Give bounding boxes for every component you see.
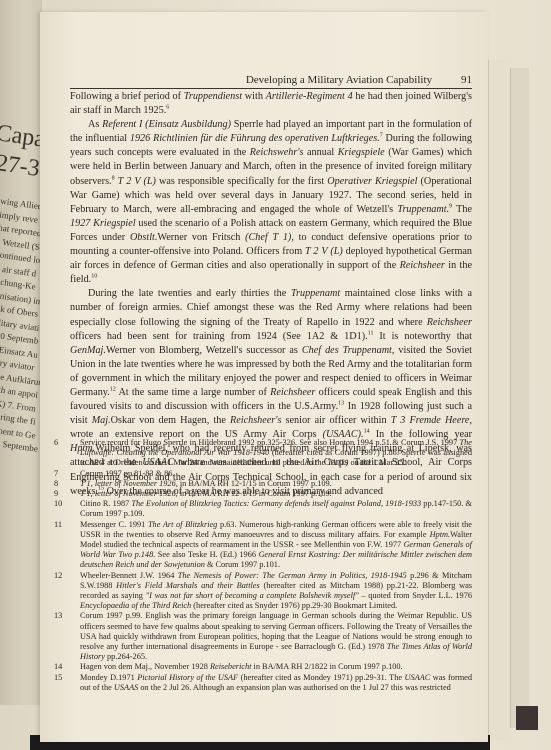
text-run: Reichsheer bbox=[270, 387, 315, 398]
text-run: Oskar von dem Hagen, the bbox=[111, 415, 230, 426]
running-header: Developing a Military Aviation Capabilit… bbox=[70, 74, 472, 88]
text-run: Hptm. bbox=[430, 530, 451, 539]
left-page-text-fragment: e air staff d bbox=[0, 263, 37, 279]
left-page-text-fragment: ilitary aviati bbox=[0, 317, 40, 333]
text-run: T 3 Fremde Heere bbox=[391, 415, 470, 426]
left-page-text-fragment: ith an appoi bbox=[0, 384, 39, 400]
text-run: During the late twenties and early thirt… bbox=[88, 288, 291, 299]
text-run: Truppendienst bbox=[184, 91, 242, 102]
footnote: 14Hagen von dem Maj., November 1928 Reis… bbox=[52, 662, 472, 672]
text-run: T 1, letter of November 1926, bbox=[80, 489, 178, 498]
footnote-ref: 10 bbox=[91, 274, 97, 280]
text-run: T 1, letter of November 1926, bbox=[80, 479, 178, 488]
footnote: 8T 1, letter of November 1926, in BA/MA … bbox=[52, 479, 472, 489]
book-spine-shadow bbox=[516, 706, 538, 730]
footnote-text: T 1, letter of November 1926, in BA/MA R… bbox=[80, 479, 472, 489]
text-run: Maj. bbox=[92, 415, 111, 426]
footnote: 11Messenger C. 1991 The Art of Blitzkrie… bbox=[52, 520, 472, 571]
left-page-text-fragment: nk of Obers bbox=[0, 303, 39, 319]
footnote-number: 12 bbox=[52, 571, 80, 612]
chapter-years-fragment: 27-33 bbox=[0, 150, 42, 185]
footnote-number: 9 bbox=[52, 489, 80, 499]
footnote-text: Wheeler-Bennett J.W. 1964 The Nemesis of… bbox=[80, 571, 472, 612]
text-run: Referent I (Einsatz Ausbildung) bbox=[102, 119, 231, 130]
text-run: The Art of Blitzkrieg bbox=[148, 520, 217, 529]
page-stack-edge bbox=[488, 60, 511, 740]
left-page-text-fragment: anisation) in bbox=[0, 290, 41, 306]
footnote-text: Hagen von dem Maj., November 1928 Reiseb… bbox=[80, 662, 472, 672]
text-run: Pictorial History of the USAF bbox=[137, 673, 238, 682]
text-run: with bbox=[242, 91, 266, 102]
footnotes: 6Service record for Hugo Sperrle in Hild… bbox=[52, 438, 472, 693]
footnote-text: Corum 1997 p.99. English was the primary… bbox=[80, 611, 472, 662]
text-run: At the same time a large number of bbox=[116, 387, 270, 398]
text-run: Wheeler-Bennett J.W. 1964 bbox=[80, 571, 178, 580]
text-run: Service record for Hugo Sperrle in Hilde… bbox=[80, 438, 460, 447]
footnote-ref: 6 bbox=[166, 105, 169, 111]
text-run: – quoted from Snyder L.L. 1976 bbox=[359, 591, 472, 600]
text-run: T 2 V (L) bbox=[118, 176, 156, 187]
text-run: Messenger C. 1991 bbox=[80, 520, 148, 529]
footnote-text: Service record for Hugo Sperrle in Hilde… bbox=[80, 438, 472, 469]
text-run: Obstlt. bbox=[130, 232, 157, 243]
running-title: Developing a Military Aviation Capabilit… bbox=[246, 74, 432, 86]
text-run: GenMaj. bbox=[70, 345, 106, 356]
text-run: The Evolution of Blitzkrieg Tactics: Ger… bbox=[131, 499, 421, 508]
text-run: Operativer Kriegspiel bbox=[327, 176, 417, 187]
book-cover-edge bbox=[510, 68, 529, 728]
text-run: The Nemesis of Power: The German Army in… bbox=[178, 571, 407, 580]
text-run: AR 4 bbox=[89, 458, 105, 467]
page-number: 91 bbox=[461, 74, 472, 86]
text-run: in BA/MA RH 12-1/15 in Corum 1997 p.109. bbox=[178, 489, 332, 498]
text-run: was responsible specifically for the fir… bbox=[156, 176, 327, 187]
left-facing-page: Capabili27-33owing Alliedsimply revethat… bbox=[0, 0, 42, 705]
left-page-text-fragment: K) 7. From bbox=[0, 398, 37, 414]
text-run: Citino R. 1987 bbox=[80, 499, 131, 508]
left-page-text-fragment: (Einsatz Au bbox=[0, 344, 39, 360]
text-run: It is noteworthy that bbox=[373, 331, 472, 342]
text-run: on the 1 Mar 25. bbox=[348, 458, 405, 467]
left-page-text-fragment: uchung-Ke bbox=[0, 276, 36, 291]
footnote-text: Mondey D.1971 Pictorial History of the U… bbox=[80, 673, 472, 693]
footnote-number: 13 bbox=[52, 611, 80, 662]
footnote: 15Mondey D.1971 Pictorial History of the… bbox=[52, 673, 472, 693]
text-run: Reichsheer bbox=[427, 317, 472, 328]
text-run: "I was not far short of becoming a compl… bbox=[146, 591, 359, 600]
text-run: officers had been sent for training from… bbox=[70, 331, 368, 342]
text-run: The bbox=[452, 204, 472, 215]
left-page-text-fragment: simply reve bbox=[0, 209, 39, 225]
paragraph: As Referent I (Einsatz Ausbildung) Sperr… bbox=[70, 118, 472, 287]
text-run: Reisebericht bbox=[210, 662, 251, 671]
left-page-text-fragment: ment to Ge bbox=[0, 425, 36, 440]
text-run: annual bbox=[303, 147, 337, 158]
footnote-number: 10 bbox=[52, 499, 80, 519]
footnote-number: 14 bbox=[52, 662, 80, 672]
footnote-number: 11 bbox=[52, 520, 80, 571]
footnote-text: T 1, letter of November 1926, in BA/MA R… bbox=[80, 489, 472, 499]
text-run: (hereafter cited as Snyder 1976) pp.29-3… bbox=[191, 601, 397, 610]
text-run: Corum 1997 pp.81-83 & 86. bbox=[80, 469, 175, 478]
footnote: 10Citino R. 1987 The Evolution of Blitzk… bbox=[52, 499, 472, 519]
text-run: Reichsheer's bbox=[230, 415, 281, 426]
text-run: in BA/MA RH 12-1/15 in Corum 1997 p.109. bbox=[178, 479, 332, 488]
text-run: USAAS bbox=[114, 683, 138, 692]
text-run: Reichswehr's bbox=[250, 147, 304, 158]
text-run: Hitler's Field Marshals and their Battle… bbox=[116, 581, 260, 590]
text-run: Following a brief period of bbox=[70, 91, 184, 102]
footnote-number: 15 bbox=[52, 673, 80, 693]
text-run: T 2 V (L) bbox=[305, 246, 343, 257]
footnote-number: 7 bbox=[52, 469, 80, 479]
footnote-number: 6 bbox=[52, 438, 80, 469]
paragraph: Following a brief period of Truppendiens… bbox=[70, 90, 472, 118]
text-run: See also Teske H. (Ed.) 1966 bbox=[155, 550, 258, 559]
text-run: (hereafter cited as Mondey 1971) pp.29-3… bbox=[238, 673, 404, 682]
text-run: senior air officer within bbox=[281, 415, 390, 426]
text-run: pp.264-265. bbox=[105, 652, 147, 661]
text-run: at Dresden on the 1 Mar 24 and remained … bbox=[105, 458, 327, 467]
text-run: As bbox=[88, 119, 102, 130]
text-run: USAAC bbox=[404, 673, 430, 682]
left-page-text-fragment: owing Allied bbox=[0, 195, 42, 211]
footnote-text: Corum 1997 pp.81-83 & 86. bbox=[80, 469, 472, 479]
text-run: on the 2 Jul 26. Although an expansion p… bbox=[138, 683, 450, 692]
footnote: 7Corum 1997 pp.81-83 & 86. bbox=[52, 469, 472, 479]
text-run: Reichsheer bbox=[400, 260, 445, 271]
text-run: in BA/MA RH 2/1822 in Corum 1997 p.100. bbox=[251, 662, 402, 671]
left-page-text-fragment: 30 Septemb bbox=[0, 330, 39, 346]
text-run: Hagen von dem Maj., November 1928 bbox=[80, 662, 210, 671]
text-run: (Chef T 1) bbox=[245, 232, 291, 243]
text-run: Artillerie-Regiment 4 bbox=[266, 91, 353, 102]
footnote: 6Service record for Hugo Sperrle in Hild… bbox=[52, 438, 472, 469]
text-run: Truppenamt bbox=[291, 288, 340, 299]
text-run: TA (L) bbox=[327, 458, 348, 467]
text-run: Mondey D.1971 bbox=[80, 673, 137, 682]
text-run: Kriegspiele bbox=[338, 147, 385, 158]
footnote: 13Corum 1997 p.99. English was the prima… bbox=[52, 611, 472, 662]
left-page-text-fragment: ary aviator bbox=[0, 357, 35, 372]
left-page-text-fragment: n Septembe bbox=[0, 438, 39, 454]
text-run: Werner von Fritsch bbox=[157, 232, 245, 243]
text-run: Truppenamt. bbox=[397, 204, 449, 215]
text-run: & Corum 1997 p.101. bbox=[205, 560, 280, 569]
header-rule bbox=[70, 88, 472, 89]
text-run: 1926 Richtlinien für die Führung des ope… bbox=[130, 133, 380, 144]
footnote: 12Wheeler-Bennett J.W. 1964 The Nemesis … bbox=[52, 571, 472, 612]
text-run: Werner von Blomberg, Wetzell's successor… bbox=[106, 345, 302, 356]
footnote-text: Citino R. 1987 The Evolution of Blitzkri… bbox=[80, 499, 472, 519]
text-run: Encyclopaedia of the Third Reich bbox=[80, 601, 191, 610]
footnote-number: 8 bbox=[52, 479, 80, 489]
text-run: Chef des Truppenamt bbox=[302, 345, 392, 356]
footnote-text: Messenger C. 1991 The Art of Blitzkrieg … bbox=[80, 520, 472, 571]
text-run: 1927 Kriegspiel bbox=[70, 218, 136, 229]
left-page-text-fragment: uring the fi bbox=[0, 411, 36, 426]
footnote: 9T 1, letter of November 1926, in BA/MA … bbox=[52, 489, 472, 499]
